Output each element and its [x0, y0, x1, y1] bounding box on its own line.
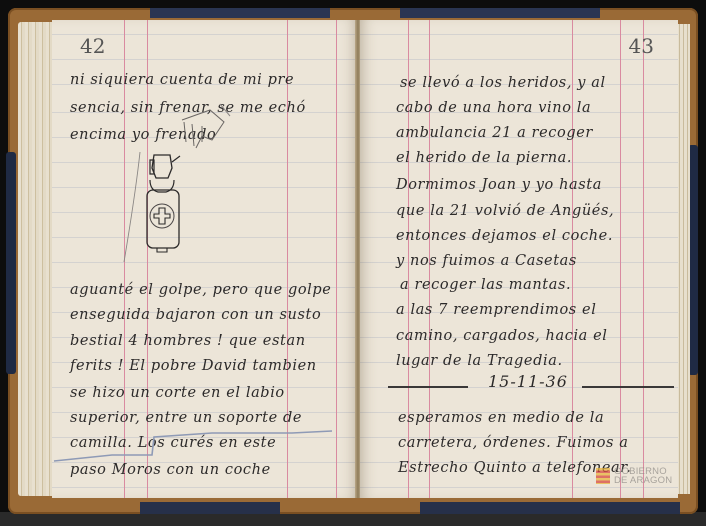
handwritten-line: a las 7 reemprendimos el	[396, 302, 596, 318]
handwritten-line: carretera, órdenes. Fuimos a	[398, 435, 629, 451]
handwritten-line: ferits ! El pobre David tambien	[70, 358, 317, 374]
handwritten-line: enseguida bajaron con un susto	[70, 307, 321, 323]
column-rule	[620, 20, 621, 498]
handwritten-line: bestial 4 hombres ! que estan	[70, 333, 306, 349]
handwritten-line: cabo de una hora vino la	[396, 100, 591, 116]
column-rule	[643, 20, 644, 498]
watermark-text: GOBIERNO DE ARAGON	[614, 467, 672, 485]
right-page: 43 se llevó a los heridos, y al cabo de …	[360, 20, 678, 498]
date-divider-right	[582, 386, 674, 388]
handwritten-line: el herido de la pierna.	[396, 150, 572, 166]
handwritten-line: aguanté el golpe, pero que golpe	[70, 282, 331, 298]
handwritten-line: que la 21 volvió de Angüés,	[396, 203, 614, 219]
handwritten-line: superior, entre un soporte de	[70, 410, 302, 426]
photo-bottom-strip	[0, 512, 706, 526]
handwritten-line: lugar de la Tragedia.	[396, 353, 563, 369]
gobierno-de-aragon-watermark: GOBIERNO DE ARAGON	[596, 467, 672, 485]
ambulance-sketch-icon	[122, 150, 212, 265]
handwritten-line: esperamos en medio de la	[398, 410, 604, 426]
cover-blue-patch-top	[150, 8, 330, 18]
date-heading: 15-11-36	[488, 372, 568, 391]
cover-blue-patch-left	[6, 152, 16, 374]
handwritten-line: a recoger las mantas.	[400, 277, 571, 293]
aragon-flag-icon	[596, 468, 610, 484]
page-number: 42	[80, 34, 105, 58]
page-stack-edge-right	[676, 24, 690, 494]
handwritten-line: se hizo un corte en el labio	[70, 385, 285, 401]
handwritten-line: camino, cargados, hacia el	[396, 328, 608, 344]
fist-sketch-icon	[172, 102, 242, 152]
handwritten-line: Dormimos Joan y yo hasta	[396, 177, 602, 193]
cover-blue-patch-top-right	[400, 8, 600, 18]
handwritten-line: y nos fuimos a Casetas	[396, 253, 577, 269]
handwritten-line: se llevó a los heridos, y al	[400, 75, 606, 91]
cover-blue-patch-bottom	[140, 502, 280, 514]
handwritten-line: entonces dejamos el coche.	[396, 228, 613, 244]
left-page: 42 ni siquiera cuenta de mi pre sencia, …	[52, 20, 357, 498]
blue-pencil-mark	[52, 425, 342, 465]
handwritten-line: ni siquiera cuenta de mi pre	[70, 72, 294, 88]
date-divider-left	[388, 386, 468, 388]
page-number: 43	[629, 34, 654, 58]
page-stack-edge-left	[18, 22, 52, 496]
cover-blue-patch-bottom-right	[420, 502, 680, 514]
watermark-line2: DE ARAGON	[614, 476, 672, 485]
handwritten-line: ambulancia 21 a recoger	[396, 125, 593, 141]
